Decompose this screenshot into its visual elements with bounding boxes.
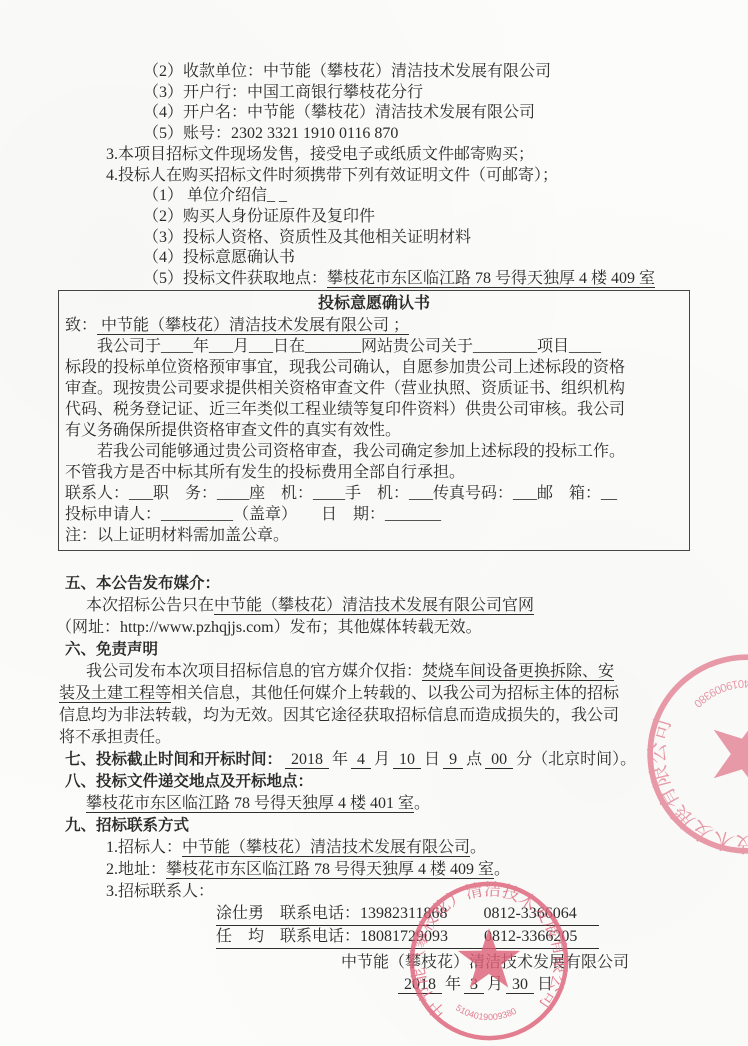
deadline-year: 2018	[285, 751, 329, 769]
section5-heading: 五、本公告发布媒介：	[65, 573, 725, 595]
contact1-mobile: 13982311868	[360, 905, 447, 922]
section7-deadline-line: 七、投标截止时间和开标时间：2018年4月10日9点00分（北京时间）。	[65, 749, 725, 771]
section5-line1: 本次招标公告只在中节能（攀枝花）清洁技术发展有限公司官网	[86, 595, 725, 617]
footer-year-unit: 年	[445, 976, 461, 993]
section9-heading: 九、招标联系方式	[65, 815, 725, 837]
confirmation-applicant-blanks: 投标申请人：_________（盖章） 日 期：_______	[65, 504, 683, 525]
contact2-telephone: 0812-3366205	[484, 928, 577, 945]
section7-heading: 七、投标截止时间和开标时间：	[65, 751, 282, 768]
footer-month: 3	[464, 976, 484, 994]
section6-heading: 六、免责声明	[65, 639, 725, 661]
required-doc-3: （3）投标人资格、资质性及其他相关证明材料	[143, 228, 725, 249]
contact1-name: 涂仕勇	[216, 905, 264, 922]
contact2-phone-label: 联系电话：	[280, 928, 360, 945]
confirmation-body-line3: 审查。现按贵公司要求提供相关资格审查文件（营业执照、资质证书、组织机构	[65, 378, 683, 399]
confirmation-note: 注：以上证明材料需加盖公章。	[65, 525, 683, 546]
footer-year: 2018	[398, 976, 442, 994]
footer-day-unit: 日	[537, 976, 553, 993]
contact2-name: 任 均	[216, 928, 264, 945]
seal-code-text: 5104019009380	[454, 1003, 518, 1022]
contact-row-1: 涂仕勇联系电话：139823118680812-3366064	[216, 903, 725, 926]
required-doc-4: （4）投标意愿确认书	[143, 248, 725, 269]
footer-month-unit: 月	[487, 976, 503, 993]
svg-text:5104019009380: 5104019009380	[454, 1003, 518, 1022]
doc5-label: （5）投标文件获取地点：	[143, 270, 327, 287]
section5-url-line: （网址：http://www.pzhqjjs.com）发布；其他媒体转载无效。	[56, 617, 725, 639]
to-company: 中节能（攀枝花）清洁技术发展有限公司 ；	[97, 317, 409, 335]
section6-line4: 将不承担责任。	[59, 727, 725, 749]
section8-heading: 八、投标文件递交地点及开标地点：	[65, 771, 725, 793]
bidder-tail: 。	[470, 839, 486, 856]
contact-row-2: 任 均联系电话：180817290930812-3366205	[216, 926, 725, 949]
deadline-day: 10	[393, 751, 421, 769]
tender-address-tail: 。	[494, 861, 510, 878]
required-doc-1: （1） 单位介绍信_ _	[143, 186, 725, 207]
official-site-text: 中节能（攀枝花）清洁技术发展有限公司官网	[214, 597, 534, 615]
section6-line1: 我公司发布本次项目招标信息的官方媒介仅指：焚烧车间设备更换拆除、安	[86, 661, 725, 683]
section8-address-line: 攀枝花市东区临江路 78 号得天独厚 4 楼 401 室。	[86, 793, 725, 815]
confirmation-title: 投标意愿确认书	[65, 293, 683, 315]
section6-line2: 装及土建工程等相关信息，其他任何媒介上转载的、以我公司为招标主体的招标	[59, 683, 725, 705]
section7-tail: 分（北京时间）。	[516, 751, 636, 768]
tender-address: 攀枝花市东区临江路 78 号得天独厚 4 楼 409 室	[166, 861, 494, 879]
required-doc-5: （5）投标文件获取地点：攀枝花市东区临江路 78 号得天独厚 4 楼 409 室	[143, 269, 725, 290]
bidder-company: 中节能（攀枝花）清洁技术发展有限公司	[182, 839, 470, 857]
payee-line: （2）收款单位：中节能（攀枝花）清洁技术发展有限公司	[143, 62, 725, 83]
doc5-address: 攀枝花市东区临江路 78 号得天独厚 4 楼 409 室	[327, 270, 655, 288]
tender-address-line: 2.地址：攀枝花市东区临江路 78 号得天独厚 4 楼 409 室。	[106, 859, 725, 881]
year-unit: 年	[332, 751, 348, 768]
deadline-hour: 9	[443, 751, 463, 769]
confirmation-contact-blanks: 联系人：___职 务：____座 机：____手 机：___传真号码：___邮 …	[65, 483, 683, 504]
item3-line: 3.本项目招标文件现场发售，接受电子或纸质文件邮寄购买；	[106, 145, 725, 166]
confirmation-to-line: 致： 中节能（攀枝花）清洁技术发展有限公司 ；	[65, 315, 683, 336]
contact2-mobile: 18081729093	[360, 928, 448, 945]
footer-date-line: 2018年3月30日	[395, 974, 725, 996]
to-label: 致：	[65, 317, 97, 334]
confirmation-body-line1: 我公司于____年___月___日在_______网站贵公司关于________…	[65, 336, 683, 357]
account-name-line: （4）开户名：中节能（攀枝花）清洁技术发展有限公司	[143, 103, 725, 124]
scanned-tender-document-page: （2）收款单位：中节能（攀枝花）清洁技术发展有限公司 （3）开户行：中国工商银行…	[0, 0, 748, 1046]
month-unit: 月	[374, 751, 390, 768]
document-body: （2）收款单位：中节能（攀枝花）清洁技术发展有限公司 （3）开户行：中国工商银行…	[65, 62, 725, 996]
footer-day: 30	[506, 976, 534, 994]
confirmation-body-line2: 标段的投标单位资格预审事宜，现我公司确认，自愿参加贵公司上述标段的资格	[65, 357, 683, 378]
tender-address-label: 2.地址：	[106, 861, 166, 878]
section6-line3: 信息均为非法转载，均为无效。因其它途径获取招标信息而造成损失的，我公司	[59, 705, 725, 727]
contact1-telephone: 0812-3366064	[483, 905, 576, 922]
bid-intent-confirmation-box: 投标意愿确认书 致： 中节能（攀枝花）清洁技术发展有限公司 ； 我公司于____…	[58, 290, 690, 551]
confirmation-body-line6: 若我公司能够通过贵公司资格审查，我公司确定参加上述标段的投标工作。	[65, 441, 683, 462]
bank-line: （3）开户行：中国工商银行攀枝花分行	[143, 83, 725, 104]
day-unit: 日	[424, 751, 440, 768]
confirmation-body-line4: 代码、税务登记证、近三年类似工程业绩等复印件资料）供贵公司审核。我公司	[65, 399, 683, 420]
section5-line1-pre: 本次招标公告只在	[86, 597, 214, 614]
footer-company-name: 中节能（攀枝花）清洁技术发展有限公司	[341, 952, 725, 974]
project-name-part2: 装及土建工程等	[59, 685, 171, 703]
section6-line2-post: 相关信息，其他任何媒介上转载的、以我公司为招标主体的招标	[171, 685, 619, 702]
deadline-month: 4	[351, 751, 371, 769]
section6-line1-pre: 我公司发布本次项目招标信息的官方媒介仅指：	[86, 663, 422, 680]
confirmation-body-line5: 有义务确保所提供资格审查文件的真实有效性。	[65, 420, 683, 441]
required-doc-2: （2）购买人身份证原件及复印件	[143, 207, 725, 228]
bidder-line: 1.招标人：中节能（攀枝花）清洁技术发展有限公司。	[106, 837, 725, 859]
hour-unit: 点	[466, 751, 482, 768]
contacts-label-line: 3.招标联系人：	[106, 881, 725, 903]
section8-address-tail: 。	[414, 795, 430, 812]
opening-address: 攀枝花市东区临江路 78 号得天独厚 4 楼 401 室	[86, 795, 414, 813]
bidder-label: 1.招标人：	[106, 839, 182, 856]
item4-line: 4.投标人在购买招标文件时须携带下列有效证明文件（可邮寄）；	[106, 166, 725, 187]
account-number-line: （5）账号：2302 3321 1910 0116 870	[143, 124, 725, 145]
confirmation-body-line7: 不管我方是否中标其所有发生的投标费用全部自行承担。	[65, 462, 683, 483]
deadline-minute: 00	[485, 751, 513, 769]
contact1-phone-label: 联系电话：	[280, 905, 360, 922]
project-name-part1: 焚烧车间设备更换拆除、安	[422, 663, 614, 681]
